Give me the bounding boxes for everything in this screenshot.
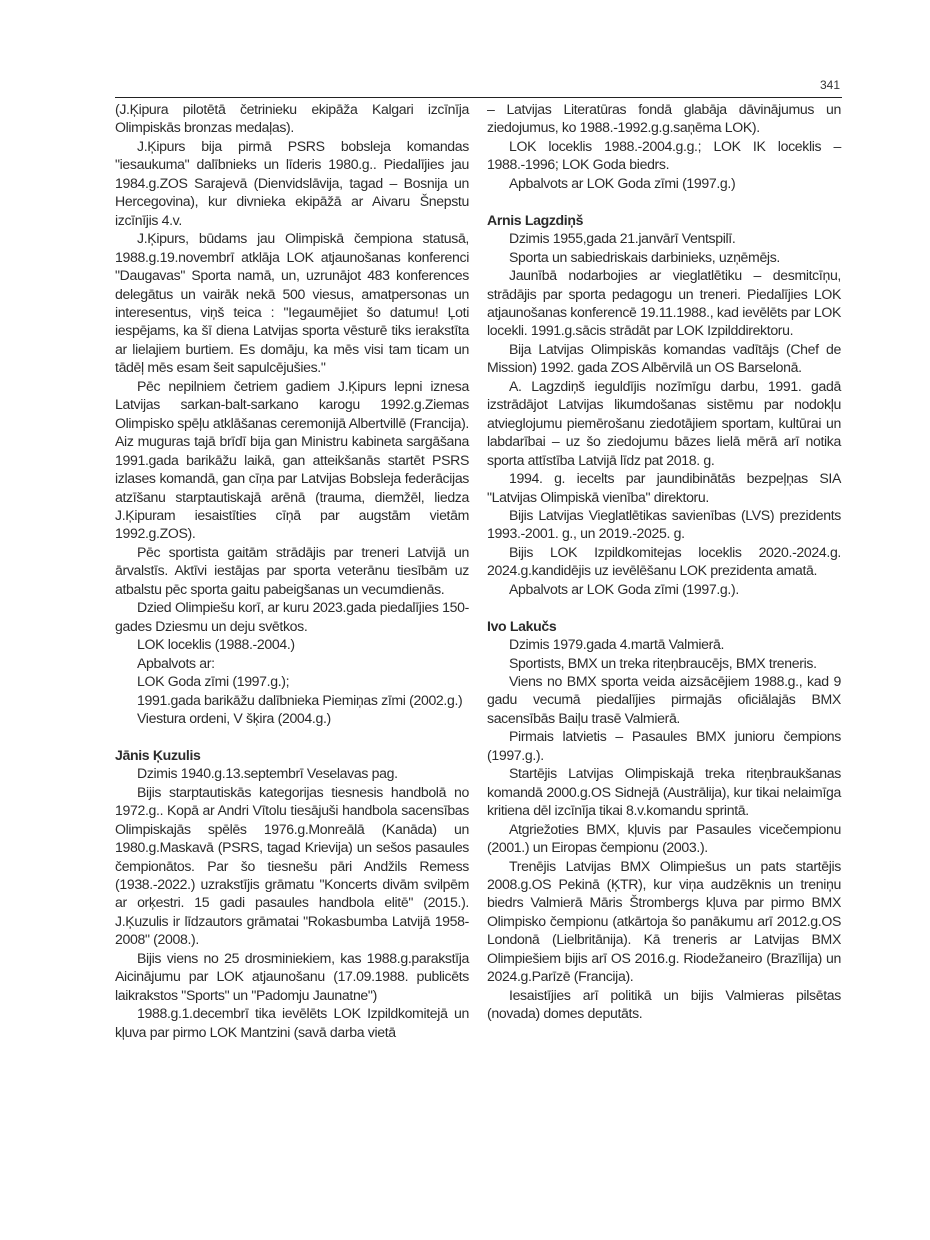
- paragraph: LOK Goda zīmi (1997.g.);: [115, 672, 469, 690]
- paragraph: Apbalvots ar LOK Goda zīmi (1997.g.): [487, 174, 841, 192]
- paragraph: Sporta un sabiedriskais darbinieks, uzņē…: [487, 248, 841, 266]
- paragraph: Dzimis 1940.g.13.septembrī Veselavas pag…: [115, 764, 469, 782]
- header-rule: [115, 97, 842, 98]
- paragraph: – Latvijas Literatūras fondā glabāja dāv…: [487, 100, 841, 137]
- paragraph: Apbalvots ar LOK Goda zīmi (1997.g.).: [487, 580, 841, 598]
- paragraph: Bijis viens no 25 drosminiekiem, kas 198…: [115, 949, 469, 1004]
- paragraph: Iesaistījies arī politikā un bijis Valmi…: [487, 986, 841, 1023]
- paragraph: Viestura ordeni, V šķira (2004.g.): [115, 709, 469, 727]
- paragraph: Atgriežoties BMX, kļuvis par Pasaules vi…: [487, 820, 841, 857]
- left-column: (J.Ķipura pilotētā četrinieku ekipāža Ka…: [115, 100, 469, 1041]
- paragraph: Sportists, BMX un treka riteņbraucējs, B…: [487, 654, 841, 672]
- paragraph: Dzimis 1979.gada 4.martā Valmierā.: [487, 635, 841, 653]
- right-column: – Latvijas Literatūras fondā glabāja dāv…: [487, 100, 841, 1023]
- entry-heading-lagzdins: Arnis Lagzdiņš: [487, 211, 841, 229]
- paragraph: LOK loceklis 1988.-2004.g.g.; LOK IK loc…: [487, 137, 841, 174]
- paragraph: Startējis Latvijas Olimpiskajā treka rit…: [487, 764, 841, 819]
- paragraph: Apbalvots ar:: [115, 654, 469, 672]
- paragraph: 1988.g.1.decembrī tika ievēlēts LOK Izpi…: [115, 1004, 469, 1041]
- paragraph: Jaunībā nodarbojies ar vieglatlētiku – d…: [487, 266, 841, 340]
- page-number: 341: [820, 78, 840, 92]
- paragraph: Pirmais latvietis – Pasaules BMX junioru…: [487, 727, 841, 764]
- spacer: [487, 598, 841, 616]
- paragraph: Bija Latvijas Olimpiskās komandas vadītā…: [487, 340, 841, 377]
- entry-heading-lakucs: Ivo Lakučs: [487, 617, 841, 635]
- paragraph: J.Ķipurs bija pirmā PSRS bobsleja komand…: [115, 137, 469, 229]
- paragraph: Trenējis Latvijas BMX Olimpiešus un pats…: [487, 857, 841, 986]
- paragraph: Bijis starptautiskās kategorijas tiesnes…: [115, 783, 469, 949]
- paragraph: Viens no BMX sporta veida aizsācējiem 19…: [487, 672, 841, 727]
- paragraph: J.Ķipurs, būdams jau Olimpiskā čempiona …: [115, 229, 469, 377]
- paragraph: 1991.gada barikāžu dalībnieka Piemiņas z…: [115, 691, 469, 709]
- paragraph: Bijis LOK Izpildkomitejas loceklis 2020.…: [487, 543, 841, 580]
- paragraph: A. Lagzdiņš ieguldījis nozīmīgu darbu, 1…: [487, 377, 841, 469]
- paragraph: Dzied Olimpiešu korī, ar kuru 2023.gada …: [115, 598, 469, 635]
- spacer: [115, 727, 469, 745]
- spacer: [487, 192, 841, 210]
- paragraph: (J.Ķipura pilotētā četrinieku ekipāža Ka…: [115, 100, 469, 137]
- paragraph: Pēc sportista gaitām strādājis par trene…: [115, 543, 469, 598]
- entry-heading-kuzulis: Jānis Ķuzulis: [115, 746, 469, 764]
- document-page: 341 (J.Ķipura pilotētā četrinieku ekipāž…: [0, 0, 930, 1240]
- paragraph: Bijis Latvijas Vieglatlētikas savienības…: [487, 506, 841, 543]
- paragraph: 1994. g. iecelts par jaundibinātās bezpe…: [487, 469, 841, 506]
- paragraph: LOK loceklis (1988.-2004.): [115, 635, 469, 653]
- paragraph: Dzimis 1955,gada 21.janvārī Ventspilī.: [487, 229, 841, 247]
- paragraph: Pēc nepilniem četriem gadiem J.Ķipurs le…: [115, 377, 469, 543]
